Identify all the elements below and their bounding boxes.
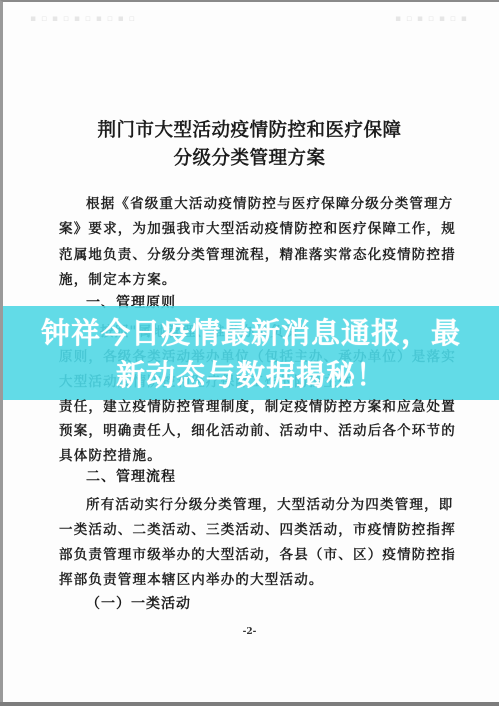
- bleed-through-text: ▪ ▫ ▪ ▫ ▪ ▫ ▪ ▫ ▪ ▫: [30, 14, 136, 24]
- intro-line: 施，制定本方案。: [59, 268, 434, 288]
- intro-line: 范属地负责、分级分类管理流程，精准落实常态化疫情防控措: [59, 243, 434, 263]
- body-line: 部负责管理市级举办的大型活动，各县（市、区）疫情防控指: [59, 543, 434, 563]
- body-line: 预案，明确责任人，细化活动前、活动中、活动后各个环节的: [59, 419, 434, 439]
- headline-line-2: 新动态与数据揭秘！: [3, 354, 499, 396]
- document-title-line-2: 分级分类管理方案: [0, 144, 499, 170]
- page-number: -2-: [0, 627, 499, 637]
- section-heading-process: 二、管理流程: [86, 466, 176, 486]
- page-bottom-border: [0, 702, 499, 706]
- body-line: 挥部负责管理本辖区内举办的大型活动。: [59, 568, 434, 588]
- bleed-through-text: ▪ ▫ ▪ ▫ ▪ ▫ ▪: [395, 14, 468, 24]
- body-line: 一类活动、二类活动、三类活动、四类活动，市疫情防控指挥: [59, 518, 434, 538]
- intro-line: 案》要求，为加强我市大型活动疫情防控和医疗保障工作，规: [59, 217, 434, 237]
- subsection-heading-class-one: （一）一类活动: [86, 593, 191, 613]
- headline-line-1: 钟祥今日疫情最新消息通报，最: [3, 312, 499, 354]
- intro-line: 根据《省级重大活动疫情防控与医疗保障分级分类管理方: [86, 192, 461, 212]
- body-line: 具体防控措施。: [59, 444, 434, 464]
- document-title-line-1: 荆门市大型活动疫情防控和医疗保障: [0, 116, 499, 142]
- body-line: 责任，建立疫情防控管理制度，制定疫情防控方案和应急处置: [59, 395, 434, 415]
- headline-overlay: 钟祥今日疫情最新消息通报，最 新动态与数据揭秘！: [3, 312, 499, 396]
- body-line: 所有活动实行分级分类管理，大型活动分为四类管理，即: [86, 493, 461, 513]
